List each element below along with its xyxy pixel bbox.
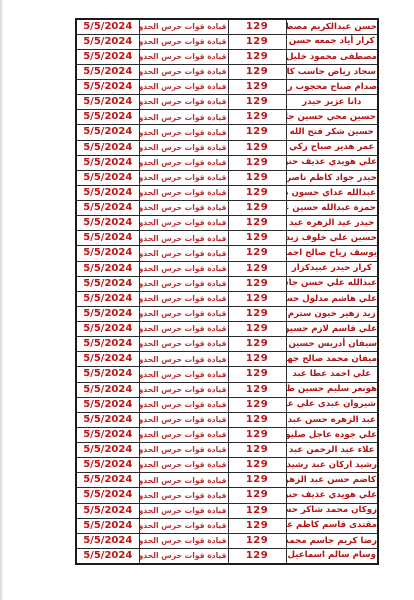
- date-cell: 5/5/2024: [76, 19, 139, 34]
- date-cell: 5/5/2024: [76, 246, 139, 261]
- table-row: مصطفى محمود خليل 129 قيادة قوات حرس الحد…: [76, 49, 378, 64]
- table-row: علي جوده عاجل صليوخ 129 قيادة قوات حرس ا…: [76, 427, 378, 442]
- unit-number-cell: 129: [228, 231, 286, 246]
- unit-name-cell: قيادة قوات حرس الحدود: [139, 276, 228, 291]
- date-cell: 5/5/2024: [76, 216, 139, 231]
- date-cell: 5/5/2024: [76, 458, 139, 473]
- date-cell: 5/5/2024: [76, 64, 139, 79]
- unit-name-cell: قيادة قوات حرس الحدود: [139, 427, 228, 442]
- person-name-cell: مصطفى محمود خليل: [286, 49, 378, 64]
- date-cell: 5/5/2024: [76, 322, 139, 337]
- table-row: علي احمد عطا عبد 129 قيادة قوات حرس الحد…: [76, 367, 378, 382]
- table-row: علي قاسم لازم حسين 129 قيادة قوات حرس ال…: [76, 322, 378, 337]
- date-cell: 5/5/2024: [76, 261, 139, 276]
- table-row: حسين محي حسين جاسم 129 قيادة قوات حرس ال…: [76, 110, 378, 125]
- date-cell: 5/5/2024: [76, 291, 139, 306]
- table-row: علي هويدي عذيف حنوش 129 قيادة قوات حرس ا…: [76, 488, 378, 503]
- table-row: عمر هدير صباح زكي 129 قيادة قوات حرس الح…: [76, 140, 378, 155]
- unit-number-cell: 129: [228, 201, 286, 216]
- person-name-cell: حيدر عبد الزهره عبد: [286, 216, 378, 231]
- date-cell: 5/5/2024: [76, 533, 139, 548]
- unit-number-cell: 129: [228, 427, 286, 442]
- unit-number-cell: 129: [228, 34, 286, 49]
- table-row: عبد الزهره حسن عبد 129 قيادة قوات حرس ال…: [76, 412, 378, 427]
- unit-name-cell: قيادة قوات حرس الحدود: [139, 548, 228, 563]
- person-name-cell: علاء عبد الرحمن عبد: [286, 443, 378, 458]
- person-name-cell: حيدر جواد كاظم ناصر: [286, 170, 378, 185]
- unit-number-cell: 129: [228, 306, 286, 321]
- date-cell: 5/5/2024: [76, 49, 139, 64]
- date-cell: 5/5/2024: [76, 276, 139, 291]
- person-name-cell: دانا عزيز حيدر: [286, 95, 378, 110]
- unit-number-cell: 129: [228, 216, 286, 231]
- person-name-cell: حمزة عبدالله حسين عثمان: [286, 201, 378, 216]
- person-name-cell: عبدالله عداي حسون دهو: [286, 185, 378, 200]
- unit-name-cell: قيادة قوات حرس الحدود: [139, 19, 228, 34]
- unit-number-cell: 129: [228, 49, 286, 64]
- unit-name-cell: قيادة قوات حرس الحدود: [139, 155, 228, 170]
- unit-name-cell: قيادة قوات حرس الحدود: [139, 34, 228, 49]
- unit-name-cell: قيادة قوات حرس الحدود: [139, 488, 228, 503]
- person-name-cell: مقتدى قاسم كاظم عينون: [286, 518, 378, 533]
- unit-number-cell: 129: [228, 397, 286, 412]
- person-name-cell: يوسف رياح صالح احمد: [286, 246, 378, 261]
- date-cell: 5/5/2024: [76, 503, 139, 518]
- person-name-cell: عمر هدير صباح زكي: [286, 140, 378, 155]
- unit-number-cell: 129: [228, 95, 286, 110]
- unit-number-cell: 129: [228, 276, 286, 291]
- person-name-cell: روكان محمد شاكر حسن: [286, 503, 378, 518]
- unit-name-cell: قيادة قوات حرس الحدود: [139, 80, 228, 95]
- table-row: علاء عبد الرحمن عبد 129 قيادة قوات حرس ا…: [76, 443, 378, 458]
- table-row: صدام صباح محجوب رحيم 129 قيادة قوات حرس …: [76, 80, 378, 95]
- date-cell: 5/5/2024: [76, 201, 139, 216]
- date-cell: 5/5/2024: [76, 155, 139, 170]
- unit-number-cell: 129: [228, 443, 286, 458]
- unit-name-cell: قيادة قوات حرس الحدود: [139, 443, 228, 458]
- table-row: عبدالله علي حسن جاسم 129 قيادة قوات حرس …: [76, 276, 378, 291]
- unit-name-cell: قيادة قوات حرس الحدود: [139, 95, 228, 110]
- table-row: مقتدى قاسم كاظم عينون 129 قيادة قوات حرس…: [76, 518, 378, 533]
- unit-number-cell: 129: [228, 518, 286, 533]
- table-row: حيدر جواد كاظم ناصر 129 قيادة قوات حرس ا…: [76, 170, 378, 185]
- table-row: سيفان أدريس حسين خيل 129 قيادة قوات حرس …: [76, 337, 378, 352]
- unit-number-cell: 129: [228, 19, 286, 34]
- person-name-cell: رضا كريم جاسم محمد: [286, 533, 378, 548]
- date-cell: 5/5/2024: [76, 367, 139, 382]
- unit-number-cell: 129: [228, 548, 286, 563]
- date-cell: 5/5/2024: [76, 352, 139, 367]
- unit-name-cell: قيادة قوات حرس الحدود: [139, 185, 228, 200]
- unit-number-cell: 129: [228, 337, 286, 352]
- person-name-cell: علي هويدي عذيف حنوش: [286, 155, 378, 170]
- scan-edge-artifact: [0, 0, 3, 600]
- person-name-cell: ميفان محمد صالح جهور: [286, 352, 378, 367]
- date-cell: 5/5/2024: [76, 95, 139, 110]
- unit-number-cell: 129: [228, 382, 286, 397]
- unit-name-cell: قيادة قوات حرس الحدود: [139, 49, 228, 64]
- date-cell: 5/5/2024: [76, 140, 139, 155]
- table-row: هونعر سليم حسين طيب 129 قيادة قوات حرس ا…: [76, 382, 378, 397]
- table-row: كرار حيدر عبيدكزار 129 قيادة قوات حرس ال…: [76, 261, 378, 276]
- table-row: كاضم حسن عبد الزهره 129 قيادة قوات حرس ا…: [76, 473, 378, 488]
- table-row: ميفان محمد صالح جهور 129 قيادة قوات حرس …: [76, 352, 378, 367]
- unit-name-cell: قيادة قوات حرس الحدود: [139, 382, 228, 397]
- table-row: علي هاشم مدلول حسين 129 قيادة قوات حرس ا…: [76, 291, 378, 306]
- person-name-cell: حسين علي خلوف زيدان: [286, 231, 378, 246]
- table-row: حسين شكر فتح الله 129 قيادة قوات حرس الح…: [76, 125, 378, 140]
- date-cell: 5/5/2024: [76, 473, 139, 488]
- unit-name-cell: قيادة قوات حرس الحدود: [139, 367, 228, 382]
- person-name-cell: شيروان عبدى علي عبدى: [286, 397, 378, 412]
- unit-number-cell: 129: [228, 533, 286, 548]
- table-row: حسين علي خلوف زيدان 129 قيادة قوات حرس ا…: [76, 231, 378, 246]
- table-row: عبدالله عداي حسون دهو 129 قيادة قوات حرس…: [76, 185, 378, 200]
- date-cell: 5/5/2024: [76, 488, 139, 503]
- unit-number-cell: 129: [228, 458, 286, 473]
- unit-name-cell: قيادة قوات حرس الحدود: [139, 533, 228, 548]
- person-name-cell: رشيد اركان عبد رشيد: [286, 458, 378, 473]
- unit-number-cell: 129: [228, 140, 286, 155]
- date-cell: 5/5/2024: [76, 412, 139, 427]
- unit-number-cell: 129: [228, 110, 286, 125]
- person-name-cell: علي هاشم مدلول حسين: [286, 291, 378, 306]
- unit-name-cell: قيادة قوات حرس الحدود: [139, 64, 228, 79]
- date-cell: 5/5/2024: [76, 443, 139, 458]
- unit-name-cell: قيادة قوات حرس الحدود: [139, 110, 228, 125]
- date-cell: 5/5/2024: [76, 110, 139, 125]
- unit-number-cell: 129: [228, 185, 286, 200]
- table-row: وسام سالم اسماعيل 129 قيادة قوات حرس الح…: [76, 548, 378, 563]
- unit-name-cell: قيادة قوات حرس الحدود: [139, 216, 228, 231]
- unit-number-cell: 129: [228, 473, 286, 488]
- unit-number-cell: 129: [228, 367, 286, 382]
- unit-name-cell: قيادة قوات حرس الحدود: [139, 306, 228, 321]
- person-name-cell: عبدالله علي حسن جاسم: [286, 276, 378, 291]
- table-row: حيدر عبد الزهره عبد 129 قيادة قوات حرس ا…: [76, 216, 378, 231]
- unit-name-cell: قيادة قوات حرس الحدود: [139, 291, 228, 306]
- unit-name-cell: قيادة قوات حرس الحدود: [139, 201, 228, 216]
- date-cell: 5/5/2024: [76, 306, 139, 321]
- unit-number-cell: 129: [228, 488, 286, 503]
- unit-name-cell: قيادة قوات حرس الحدود: [139, 458, 228, 473]
- table-row: رشيد اركان عبد رشيد 129 قيادة قوات حرس ا…: [76, 458, 378, 473]
- unit-number-cell: 129: [228, 64, 286, 79]
- unit-name-cell: قيادة قوات حرس الحدود: [139, 473, 228, 488]
- unit-number-cell: 129: [228, 291, 286, 306]
- unit-number-cell: 129: [228, 352, 286, 367]
- unit-number-cell: 129: [228, 125, 286, 140]
- unit-number-cell: 129: [228, 503, 286, 518]
- person-name-cell: حسين محي حسين جاسم: [286, 110, 378, 125]
- person-name-cell: زيد زهير خيون سترم: [286, 306, 378, 321]
- unit-name-cell: قيادة قوات حرس الحدود: [139, 337, 228, 352]
- person-name-cell: كرار حيدر عبيدكزار: [286, 261, 378, 276]
- date-cell: 5/5/2024: [76, 397, 139, 412]
- person-name-cell: وسام سالم اسماعيل: [286, 548, 378, 563]
- table-row: حمزة عبدالله حسين عثمان 129 قيادة قوات ح…: [76, 201, 378, 216]
- person-name-cell: علي احمد عطا عبد: [286, 367, 378, 382]
- unit-name-cell: قيادة قوات حرس الحدود: [139, 322, 228, 337]
- person-name-cell: كاضم حسن عبد الزهره: [286, 473, 378, 488]
- date-cell: 5/5/2024: [76, 125, 139, 140]
- table-row: علي هويدي عذيف حنوش 129 قيادة قوات حرس ا…: [76, 155, 378, 170]
- unit-name-cell: قيادة قوات حرس الحدود: [139, 503, 228, 518]
- unit-number-cell: 129: [228, 322, 286, 337]
- table-row: رضا كريم جاسم محمد 129 قيادة قوات حرس ال…: [76, 533, 378, 548]
- table-row: دانا عزيز حيدر 129 قيادة قوات حرس الحدود…: [76, 95, 378, 110]
- person-name-cell: حسن عبدالكريم مصطفى: [286, 19, 378, 34]
- date-cell: 5/5/2024: [76, 518, 139, 533]
- person-name-cell: كرار أياد جمعه حسن: [286, 34, 378, 49]
- unit-number-cell: 129: [228, 412, 286, 427]
- unit-name-cell: قيادة قوات حرس الحدود: [139, 231, 228, 246]
- unit-name-cell: قيادة قوات حرس الحدود: [139, 261, 228, 276]
- person-name-cell: حسين شكر فتح الله: [286, 125, 378, 140]
- unit-number-cell: 129: [228, 261, 286, 276]
- date-cell: 5/5/2024: [76, 427, 139, 442]
- table-row: سجاد رياض جاسب كاطع 129 قيادة قوات حرس ا…: [76, 64, 378, 79]
- unit-name-cell: قيادة قوات حرس الحدود: [139, 246, 228, 261]
- date-cell: 5/5/2024: [76, 34, 139, 49]
- date-cell: 5/5/2024: [76, 185, 139, 200]
- unit-number-cell: 129: [228, 170, 286, 185]
- table-row: يوسف رياح صالح احمد 129 قيادة قوات حرس ا…: [76, 246, 378, 261]
- person-name-cell: عبد الزهره حسن عبد: [286, 412, 378, 427]
- unit-name-cell: قيادة قوات حرس الحدود: [139, 412, 228, 427]
- unit-number-cell: 129: [228, 155, 286, 170]
- table-row: زيد زهير خيون سترم 129 قيادة قوات حرس ال…: [76, 306, 378, 321]
- unit-name-cell: قيادة قوات حرس الحدود: [139, 140, 228, 155]
- date-cell: 5/5/2024: [76, 337, 139, 352]
- person-name-cell: سجاد رياض جاسب كاطع: [286, 64, 378, 79]
- table-row: حسن عبدالكريم مصطفى 129 قيادة قوات حرس ا…: [76, 19, 378, 34]
- table-row: شيروان عبدى علي عبدى 129 قيادة قوات حرس …: [76, 397, 378, 412]
- person-name-cell: علي هويدي عذيف حنوش: [286, 488, 378, 503]
- table-row: كرار أياد جمعه حسن 129 قيادة قوات حرس ال…: [76, 34, 378, 49]
- unit-name-cell: قيادة قوات حرس الحدود: [139, 518, 228, 533]
- date-cell: 5/5/2024: [76, 231, 139, 246]
- date-cell: 5/5/2024: [76, 80, 139, 95]
- date-cell: 5/5/2024: [76, 382, 139, 397]
- person-name-cell: علي جوده عاجل صليوخ: [286, 427, 378, 442]
- unit-name-cell: قيادة قوات حرس الحدود: [139, 170, 228, 185]
- person-name-cell: صدام صباح محجوب رحيم: [286, 80, 378, 95]
- table-row: روكان محمد شاكر حسن 129 قيادة قوات حرس ا…: [76, 503, 378, 518]
- unit-number-cell: 129: [228, 80, 286, 95]
- date-cell: 5/5/2024: [76, 170, 139, 185]
- unit-name-cell: قيادة قوات حرس الحدود: [139, 397, 228, 412]
- date-cell: 5/5/2024: [76, 548, 139, 563]
- person-name-cell: سيفان أدريس حسين خيل: [286, 337, 378, 352]
- person-name-cell: علي قاسم لازم حسين: [286, 322, 378, 337]
- table-body: حسن عبدالكريم مصطفى 129 قيادة قوات حرس ا…: [76, 19, 378, 564]
- person-name-cell: هونعر سليم حسين طيب: [286, 382, 378, 397]
- names-list-table: حسن عبدالكريم مصطفى 129 قيادة قوات حرس ا…: [75, 18, 379, 565]
- unit-name-cell: قيادة قوات حرس الحدود: [139, 352, 228, 367]
- unit-name-cell: قيادة قوات حرس الحدود: [139, 125, 228, 140]
- unit-number-cell: 129: [228, 246, 286, 261]
